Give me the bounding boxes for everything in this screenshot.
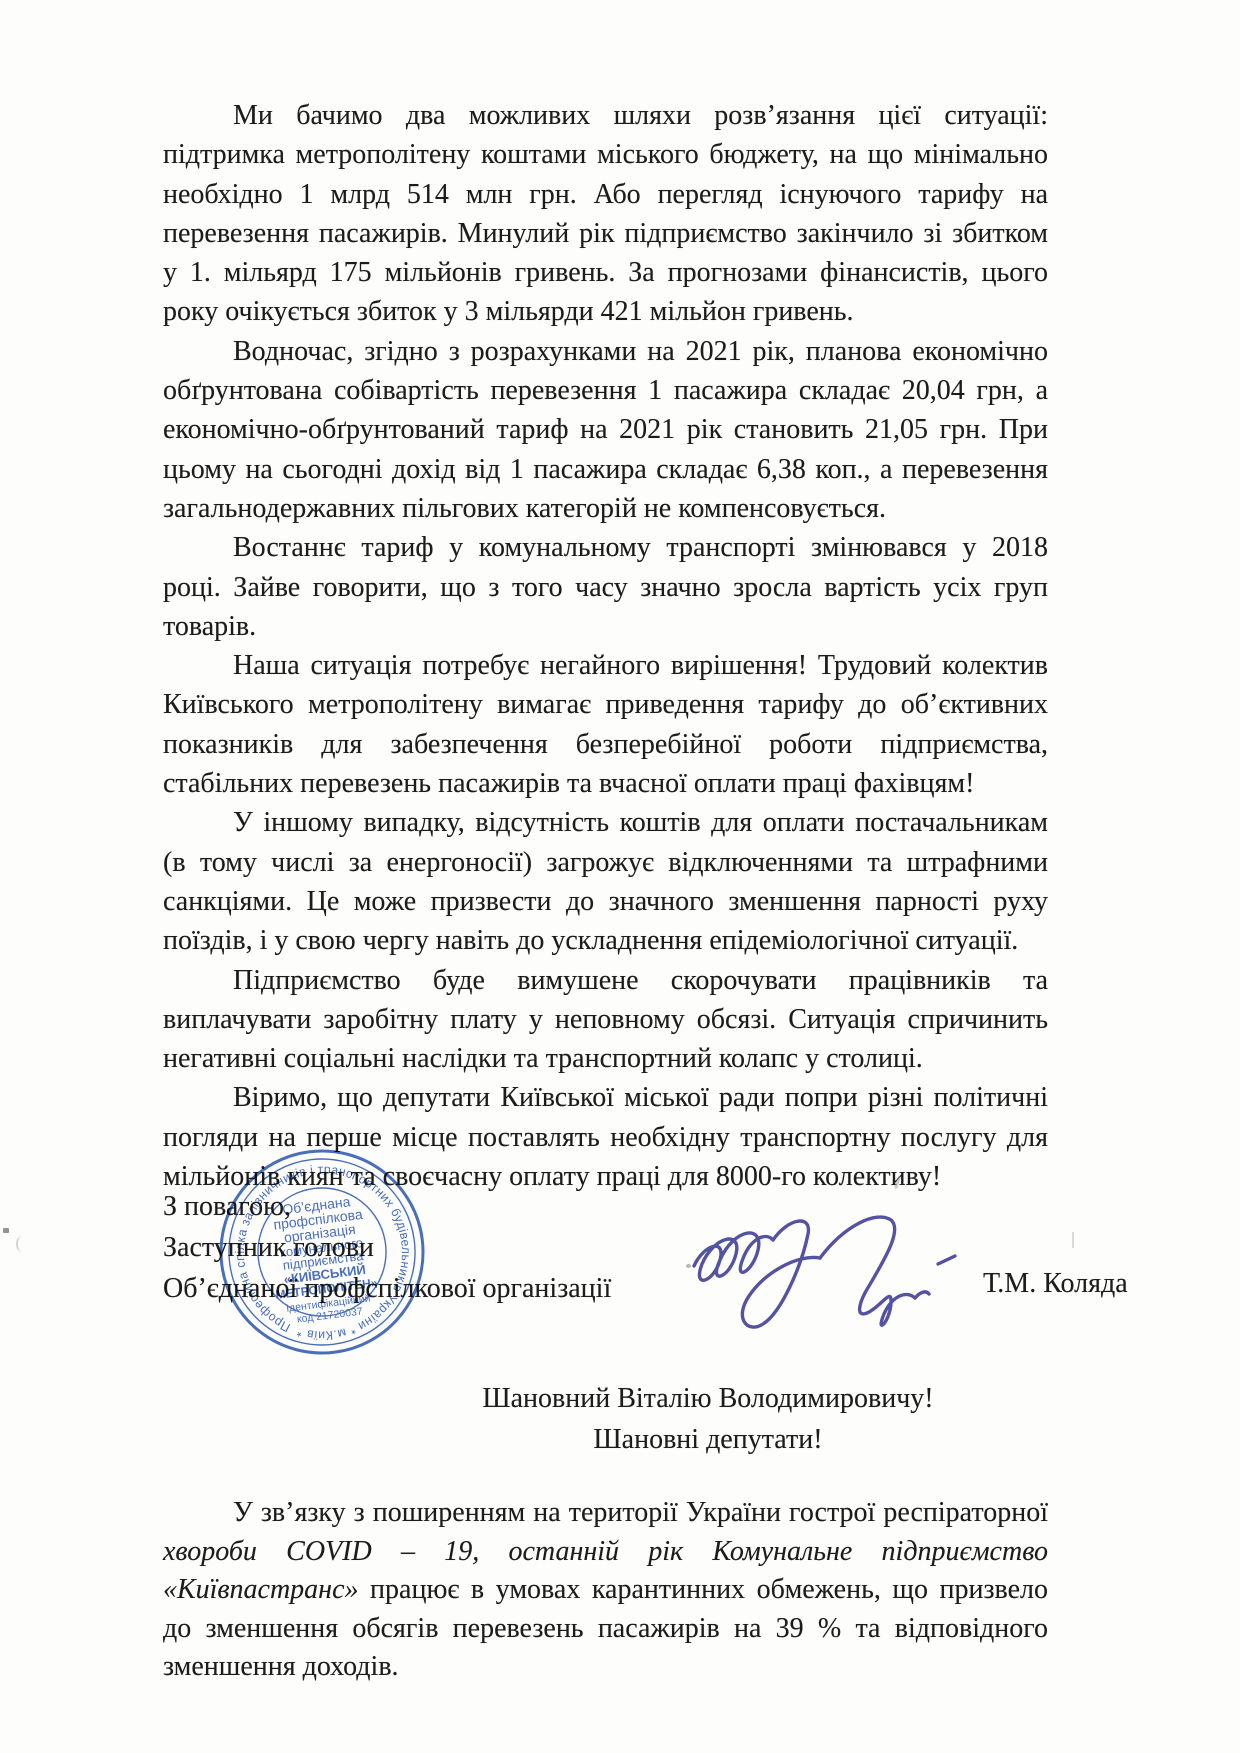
covid-text-start: У зв’язку з поширенням на території Укра… <box>233 1497 1048 1528</box>
paragraph-last-tariff-change: Востаннє тариф у комунальному транспорті… <box>163 528 1048 646</box>
scan-artifact <box>1072 1232 1074 1248</box>
greeting-block: Шановний Віталію Володимировичу! Шановні… <box>193 1378 1223 1460</box>
signer-name: Т.М. Коляда <box>983 1268 1128 1300</box>
scan-artifact <box>16 1236 27 1252</box>
paragraph-demand: Наша ситуація потребує негайного вирішен… <box>163 646 1048 803</box>
handwritten-signature <box>670 1200 990 1350</box>
paragraph-staff-cuts: Підприємство буде вимушене скорочувати п… <box>163 961 1048 1079</box>
paragraph-covid: У зв’язку з поширенням на території Укра… <box>163 1494 1048 1687</box>
round-union-stamp: Професійна спілка залізничників і трансп… <box>202 1132 443 1373</box>
paragraph-funding-options: Ми бачимо два можливих шляхи розв’язання… <box>163 96 1048 332</box>
letter-main-text: Ми бачимо два можливих шляхи розв’язання… <box>163 96 1048 1196</box>
greeting-line-addressee: Шановний Віталію Володимировичу! <box>193 1378 1223 1419</box>
scan-artifact <box>3 1228 9 1233</box>
scanned-letter-page: Ми бачимо два можливих шляхи розв’язання… <box>0 0 1240 1753</box>
greeting-line-deputies: Шановні депутати! <box>193 1419 1223 1460</box>
paragraph-tariff-2021: Водночас, згідно з розрахунками на 2021 … <box>163 332 1048 528</box>
paragraph-consequences-suppliers: У іншому випадку, відсутність коштів для… <box>163 803 1048 960</box>
